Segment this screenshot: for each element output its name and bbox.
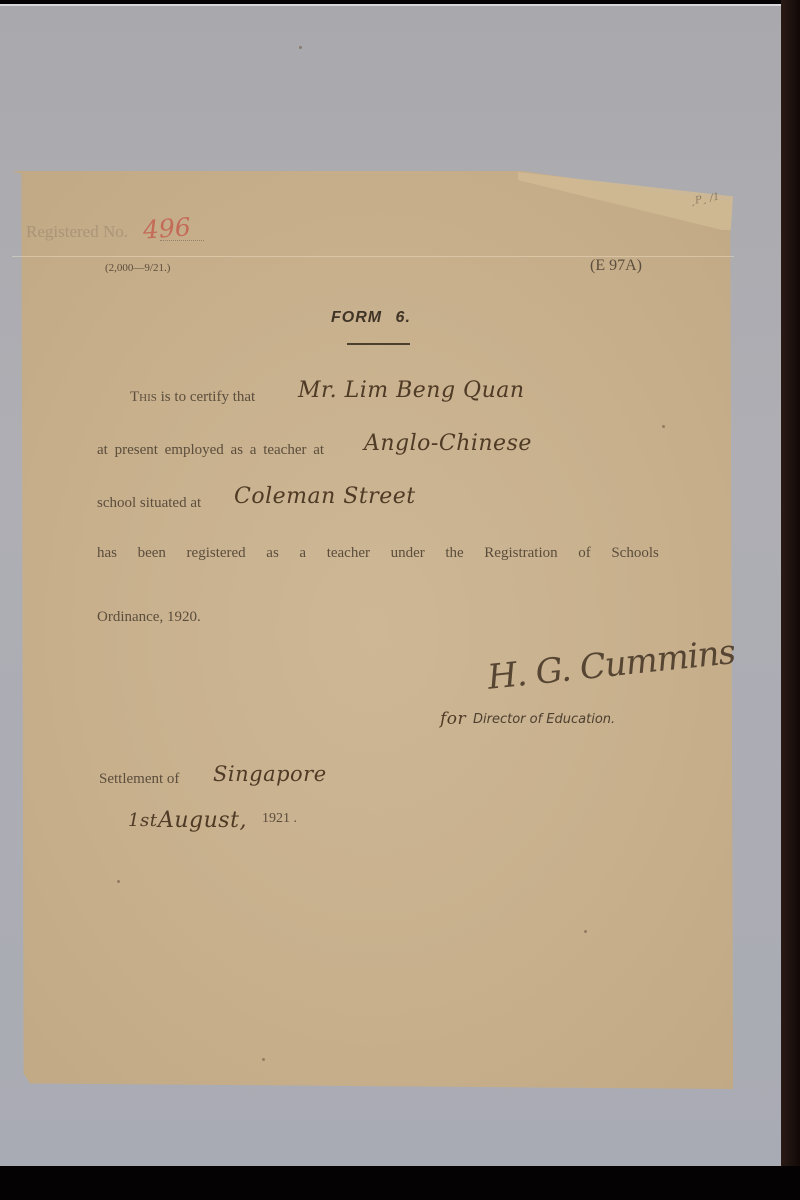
word: of: [578, 545, 591, 562]
frame-edge-bottom: [0, 1166, 800, 1200]
form-title: FORM 6.: [331, 309, 411, 327]
date-month-handwritten: August,: [158, 808, 247, 833]
dust-speck: [117, 880, 120, 883]
for-annotation: for: [440, 709, 466, 729]
signatory-title: Director of Education.: [473, 712, 615, 727]
settlement-label: Settlement of: [99, 771, 179, 788]
word: has: [97, 545, 117, 562]
word: under: [391, 545, 425, 562]
registered-number-underline: [160, 240, 204, 241]
word: Registration: [484, 545, 557, 562]
word: a: [299, 545, 306, 562]
certify-line: This is to certify that: [130, 389, 255, 406]
certify-text: is to certify that: [161, 389, 256, 405]
ordinance-line: Ordinance, 1920.: [97, 609, 201, 626]
word: teacher: [327, 545, 370, 562]
registration-line: has been registered as a teacher under t…: [97, 545, 659, 562]
dust-speck: [584, 930, 587, 933]
word: registered: [187, 545, 246, 562]
form-reference-code: (E 97A): [590, 257, 642, 275]
word: the: [445, 545, 463, 562]
word: as: [266, 545, 279, 562]
title-underline: [347, 343, 410, 345]
school-name-handwritten: Anglo-Chinese: [364, 431, 532, 456]
registered-number-label: Registered No.: [26, 222, 128, 242]
dust-speck: [262, 1058, 265, 1061]
dust-speck: [662, 425, 665, 428]
date-year: 1921 .: [262, 811, 297, 827]
print-run-code: (2,000—9/21.): [105, 262, 170, 274]
frame-edge-right: [781, 0, 800, 1200]
word: Schools: [611, 545, 659, 562]
settlement-handwritten: Singapore: [213, 762, 327, 786]
date-day-handwritten: 1st: [128, 810, 157, 831]
certify-lead-word: This: [130, 389, 157, 405]
employment-line: at present employed as a teacher at: [97, 442, 324, 459]
dust-speck: [299, 46, 302, 49]
teacher-name-handwritten: Mr. Lim Beng Quan: [298, 378, 525, 403]
location-line: school situated at: [97, 495, 201, 512]
word: been: [138, 545, 166, 562]
school-address-handwritten: Coleman Street: [234, 484, 416, 509]
